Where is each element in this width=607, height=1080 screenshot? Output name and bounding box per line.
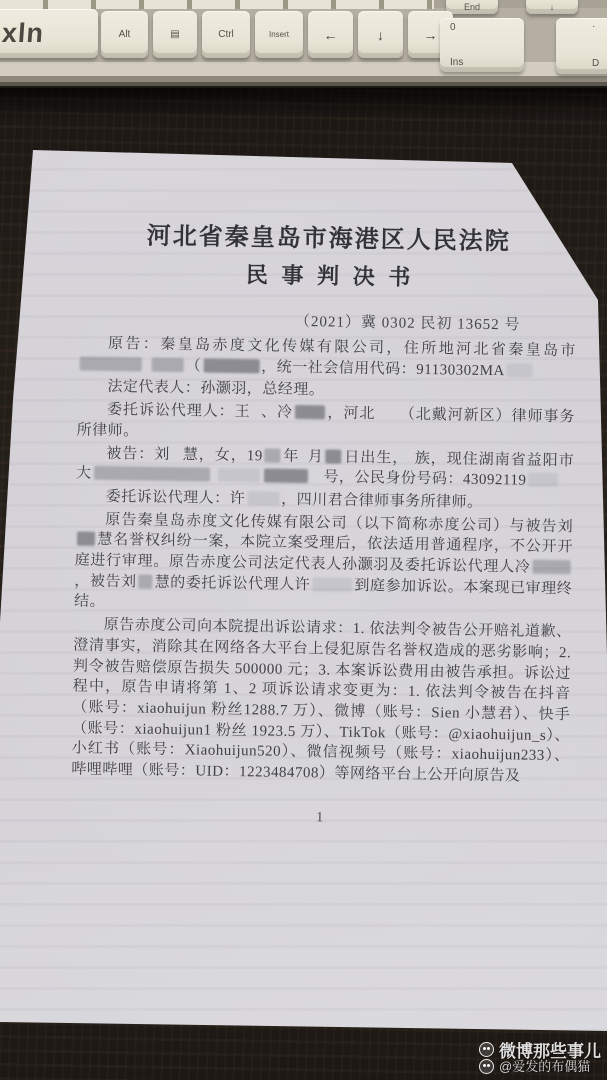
watermark-text: 微博那些事儿 @爱发的布偶猫 [499, 1043, 601, 1073]
arrow-left-icon: ← [324, 27, 338, 43]
blank-redaction [375, 416, 399, 418]
blank-redaction [170, 456, 182, 458]
blank-redaction [299, 459, 307, 461]
blank-redaction [408, 460, 414, 462]
blank-redaction [309, 479, 323, 481]
redaction-block [139, 574, 153, 588]
menu-list-icon: ▤ [170, 29, 179, 40]
judgment-paragraph: 原告赤度公司向本院提出诉讼请求：1. 依法判令被告公开赔礼道歉、澄清事实，消除其… [71, 615, 572, 788]
insert-key-label: Insert [269, 30, 289, 39]
redaction-block [77, 532, 95, 546]
redaction-block [532, 560, 570, 575]
redaction-block [265, 448, 281, 462]
judgment-paragraph: 原告秦皇岛赤度文化传媒有限公司（以下简称赤度公司）与被告刘慧名誉权纠纷一案，本院… [74, 509, 574, 620]
redaction-block [80, 356, 142, 371]
keyboard-shadow [0, 86, 607, 120]
alt-key-label: Alt [119, 29, 131, 40]
spacebar-key: xln [0, 9, 98, 58]
blank-redaction [211, 478, 215, 480]
arrow-left-key: ← [308, 11, 353, 58]
watermark-handle: @爱发的布偶猫 [499, 1060, 601, 1074]
numpad-end-key: End [446, 0, 498, 14]
watermark-icons [479, 1042, 494, 1074]
keyboard-brand-logo: xln [0, 18, 45, 49]
ctrl-key: Ctrl [202, 11, 250, 58]
page-number: 1 [71, 806, 569, 830]
redaction-block [326, 449, 342, 463]
menu-key: ▤ [153, 11, 197, 58]
keyboard: End ↓ xln Alt ▤ Ctrl Insert ← ↓ → 0 Ins … [0, 0, 607, 88]
redaction-block [93, 466, 209, 482]
keyboard-upper-row-partial [0, 0, 434, 9]
numpad-0-label: 0 [450, 22, 456, 33]
alt-key: Alt [101, 11, 148, 58]
judgment-document: 河北省秦皇岛市海港区人民法院 民事判决书 （2021）冀 0302 民初 136… [71, 220, 578, 831]
numpad-down-key: ↓ [526, 0, 578, 14]
blank-redaction [251, 414, 261, 416]
numpad-0-key: 0 Ins [440, 18, 524, 72]
weibo-eye-icon [479, 1059, 494, 1074]
judgment-body: 原告：秦皇岛赤度文化传媒有限公司，住所地河北省秦皇岛市（，统一社会信用代码：91… [71, 334, 576, 789]
redaction-block [507, 363, 533, 377]
redaction-block [203, 358, 259, 373]
numpad-dot-key-partial: · D [556, 18, 607, 74]
down-key-label: ↓ [550, 2, 555, 14]
redaction-block [263, 469, 307, 484]
redaction-block [217, 468, 259, 483]
redaction-block [528, 473, 558, 487]
judgment-paragraph: 委托诉讼代理人：许，四川君合律师事务所律师。 [75, 486, 573, 515]
redaction-block [152, 357, 184, 372]
judgment-paragraph: 被告：刘慧，女，19年月日出生，族，现住湖南省益阳市大号，公民身份号码：4309… [76, 443, 575, 492]
numpad-ins-label: Ins [450, 57, 463, 68]
redaction-block [247, 491, 279, 506]
court-name: 河北省秦皇岛市海港区人民法院 [80, 220, 578, 260]
judgment-paragraph: 法定代表人：孙灏羽，总经理。 [77, 377, 575, 406]
redaction-block [295, 405, 325, 419]
case-number: （2021）冀 0302 民初 13652 号 [78, 308, 576, 338]
blank-redaction [144, 367, 150, 369]
weibo-avatar-icon [479, 1042, 494, 1057]
arrow-down-icon: ↓ [377, 27, 384, 43]
document-type-title: 民事判决书 [79, 258, 577, 296]
ctrl-key-label: Ctrl [218, 29, 234, 40]
numpad-del-label: D [592, 58, 599, 69]
watermark: 微博那些事儿 @爱发的布偶猫 [479, 1042, 601, 1074]
judgment-paragraph: 委托诉讼代理人：王、冷，河北（北戴河新区）律师事务所律师。 [77, 400, 576, 449]
end-key-label: End [464, 2, 480, 14]
judgment-paragraph: 原告：秦皇岛赤度文化传媒有限公司，住所地河北省秦皇岛市（，统一社会信用代码：91… [78, 334, 577, 383]
watermark-account-name: 微博那些事儿 [499, 1043, 601, 1061]
insert-key: Insert [255, 11, 303, 58]
arrow-right-icon: → [424, 27, 438, 43]
redaction-block [312, 577, 352, 592]
arrow-down-key: ↓ [358, 11, 403, 58]
numpad-dot-label: · [592, 21, 595, 32]
